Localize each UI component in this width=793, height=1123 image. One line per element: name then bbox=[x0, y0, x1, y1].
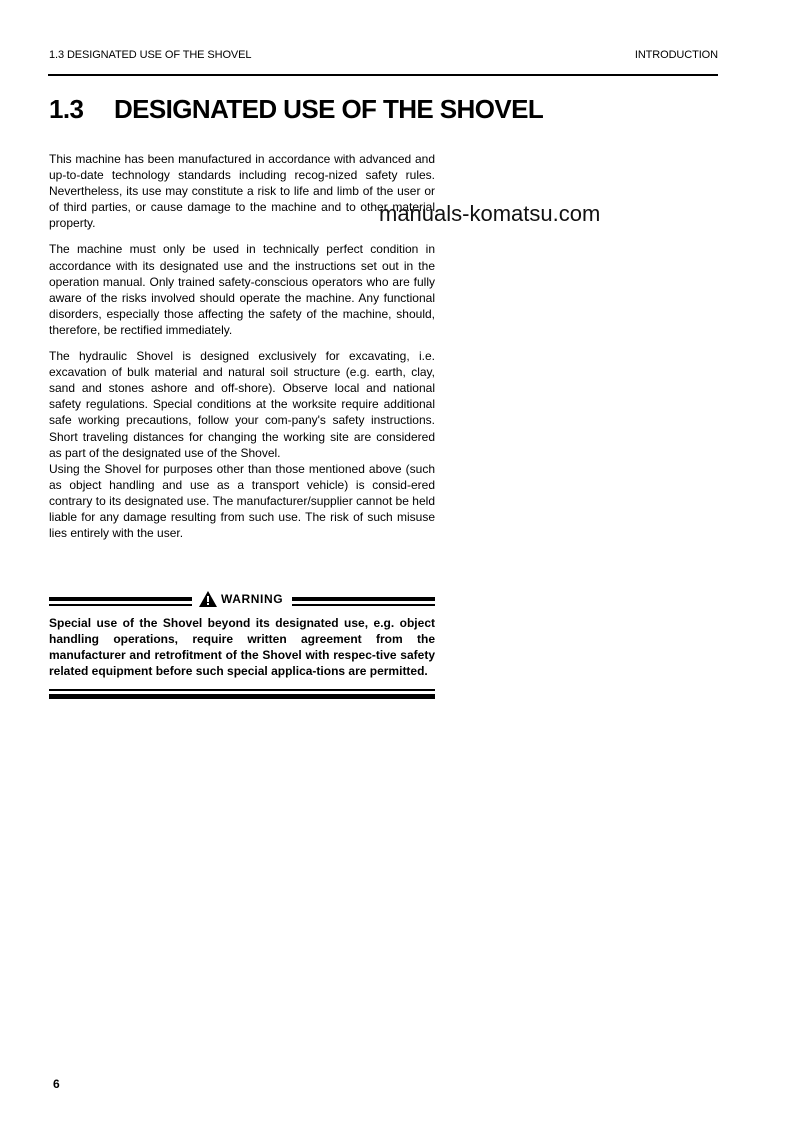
watermark: manuals-komatsu.com bbox=[379, 200, 600, 228]
warning-box: WARNING Special use of the Shovel beyond… bbox=[49, 590, 435, 699]
section-title: DESIGNATED USE OF THE SHOVEL bbox=[114, 94, 543, 124]
page-number: 6 bbox=[53, 1077, 60, 1091]
warning-text: Special use of the Shovel beyond its des… bbox=[49, 615, 435, 679]
warning-footer-bar bbox=[49, 689, 435, 699]
header-rule bbox=[48, 74, 718, 76]
warning-header: WARNING bbox=[49, 590, 435, 608]
section-number: 1.3 bbox=[49, 94, 114, 124]
paragraph-intro: This machine has been manufactured in ac… bbox=[49, 151, 435, 231]
running-header-chapter: INTRODUCTION bbox=[635, 48, 718, 62]
body-text: This machine has been manufactured in ac… bbox=[49, 151, 435, 551]
paragraph-misuse: Using the Shovel for purposes other than… bbox=[49, 461, 435, 541]
running-header-section: 1.3 DESIGNATED USE OF THE SHOVEL bbox=[49, 48, 251, 62]
paragraph-designated-use: The hydraulic Shovel is designed exclusi… bbox=[49, 348, 435, 461]
warning-label: WARNING bbox=[199, 590, 283, 608]
paragraph-condition: The machine must only be used in technic… bbox=[49, 241, 435, 338]
warning-title: WARNING bbox=[221, 590, 283, 608]
warning-triangle-icon bbox=[199, 591, 217, 607]
warning-bar-left bbox=[49, 597, 192, 605]
page-title: 1.3DESIGNATED USE OF THE SHOVEL bbox=[49, 94, 543, 124]
warning-bar-right bbox=[292, 597, 435, 605]
